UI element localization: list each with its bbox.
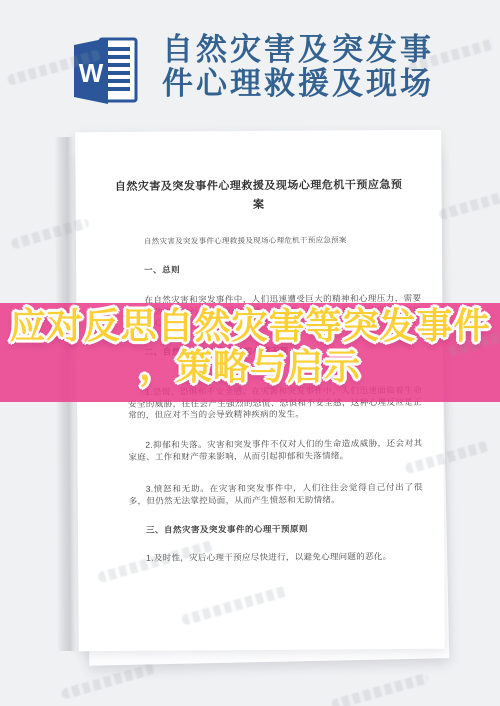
headline-text: 应对反思自然灾害等突发事件 ，策略与启示 <box>0 305 500 387</box>
watermark-smudge <box>438 191 500 221</box>
paragraph-4: 3.愤怒和无助。在灾害和突发事件中，人们往往会觉得自己付出了很多，但仍然无法掌控… <box>129 482 423 507</box>
section-heading-1: 一、总则 <box>144 264 180 276</box>
watermark-smudge <box>60 663 155 700</box>
paragraph-3: 2.抑郁和失落。灾害和突发事件不仅对人们的生命造成威胁，还会对其家庭、工作和财产… <box>128 438 422 463</box>
page-thumbnail: W 自然灾害及突发事 件心理救援及现场 自然灾害及突发事件心理救援及现场心理危机… <box>0 0 500 706</box>
page-title-line1: 自然灾害及突发事 <box>148 33 448 67</box>
headline-line1: 应对反思自然灾害等突发事件 <box>0 305 500 346</box>
word-document-icon: W <box>70 34 140 108</box>
document-title: 自然灾害及突发事件心理救援及现场心理危机干预应急预 案 <box>96 176 422 216</box>
section-heading-3: 三、自然灾害及突发事件的心理干预原则 <box>146 523 308 536</box>
document-subtitle: 自然灾害及突发事件心理救援及现场心理危机干预应急预案 <box>144 234 434 247</box>
document-title-line2: 案 <box>96 195 422 216</box>
document-title-line1: 自然灾害及突发事件心理救援及现场心理危机干预应急预 <box>96 176 422 197</box>
page-title: 自然灾害及突发事 件心理救援及现场 <box>148 33 448 101</box>
watermark-smudge <box>330 672 429 706</box>
headline-line2: ，策略与启示 <box>0 346 500 387</box>
page-title-line2: 件心理救援及现场 <box>148 67 448 101</box>
